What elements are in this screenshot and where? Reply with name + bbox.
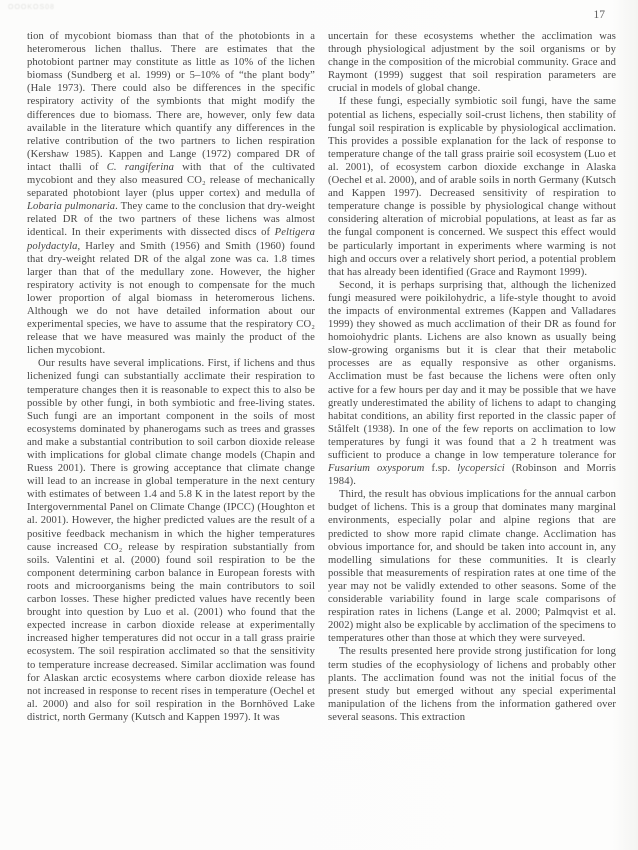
article-body: tion of mycobiont biomass than that of t… [27, 30, 615, 724]
paragraph: uncertain for these ecosystems whether t… [328, 30, 616, 95]
text-column-right: uncertain for these ecosystems whether t… [328, 30, 616, 724]
paragraph: Our results have several implications. F… [27, 357, 315, 724]
text-column-left: tion of mycobiont biomass than that of t… [27, 30, 315, 724]
paragraph: Third, the result has obvious implicatio… [328, 488, 616, 645]
scan-corner-mark: OOOKOS08 [8, 4, 55, 11]
scanned-paper-page: { "page": { "number": "17", "corner_mark… [0, 0, 638, 850]
paragraph: tion of mycobiont biomass than that of t… [27, 30, 315, 357]
paragraph: Second, it is perhaps surprising that, a… [328, 279, 616, 489]
page-number: 17 [594, 9, 606, 21]
paragraph: The results presented here provide stron… [328, 645, 616, 724]
paragraph: If these fungi, especially symbiotic soi… [328, 95, 616, 278]
